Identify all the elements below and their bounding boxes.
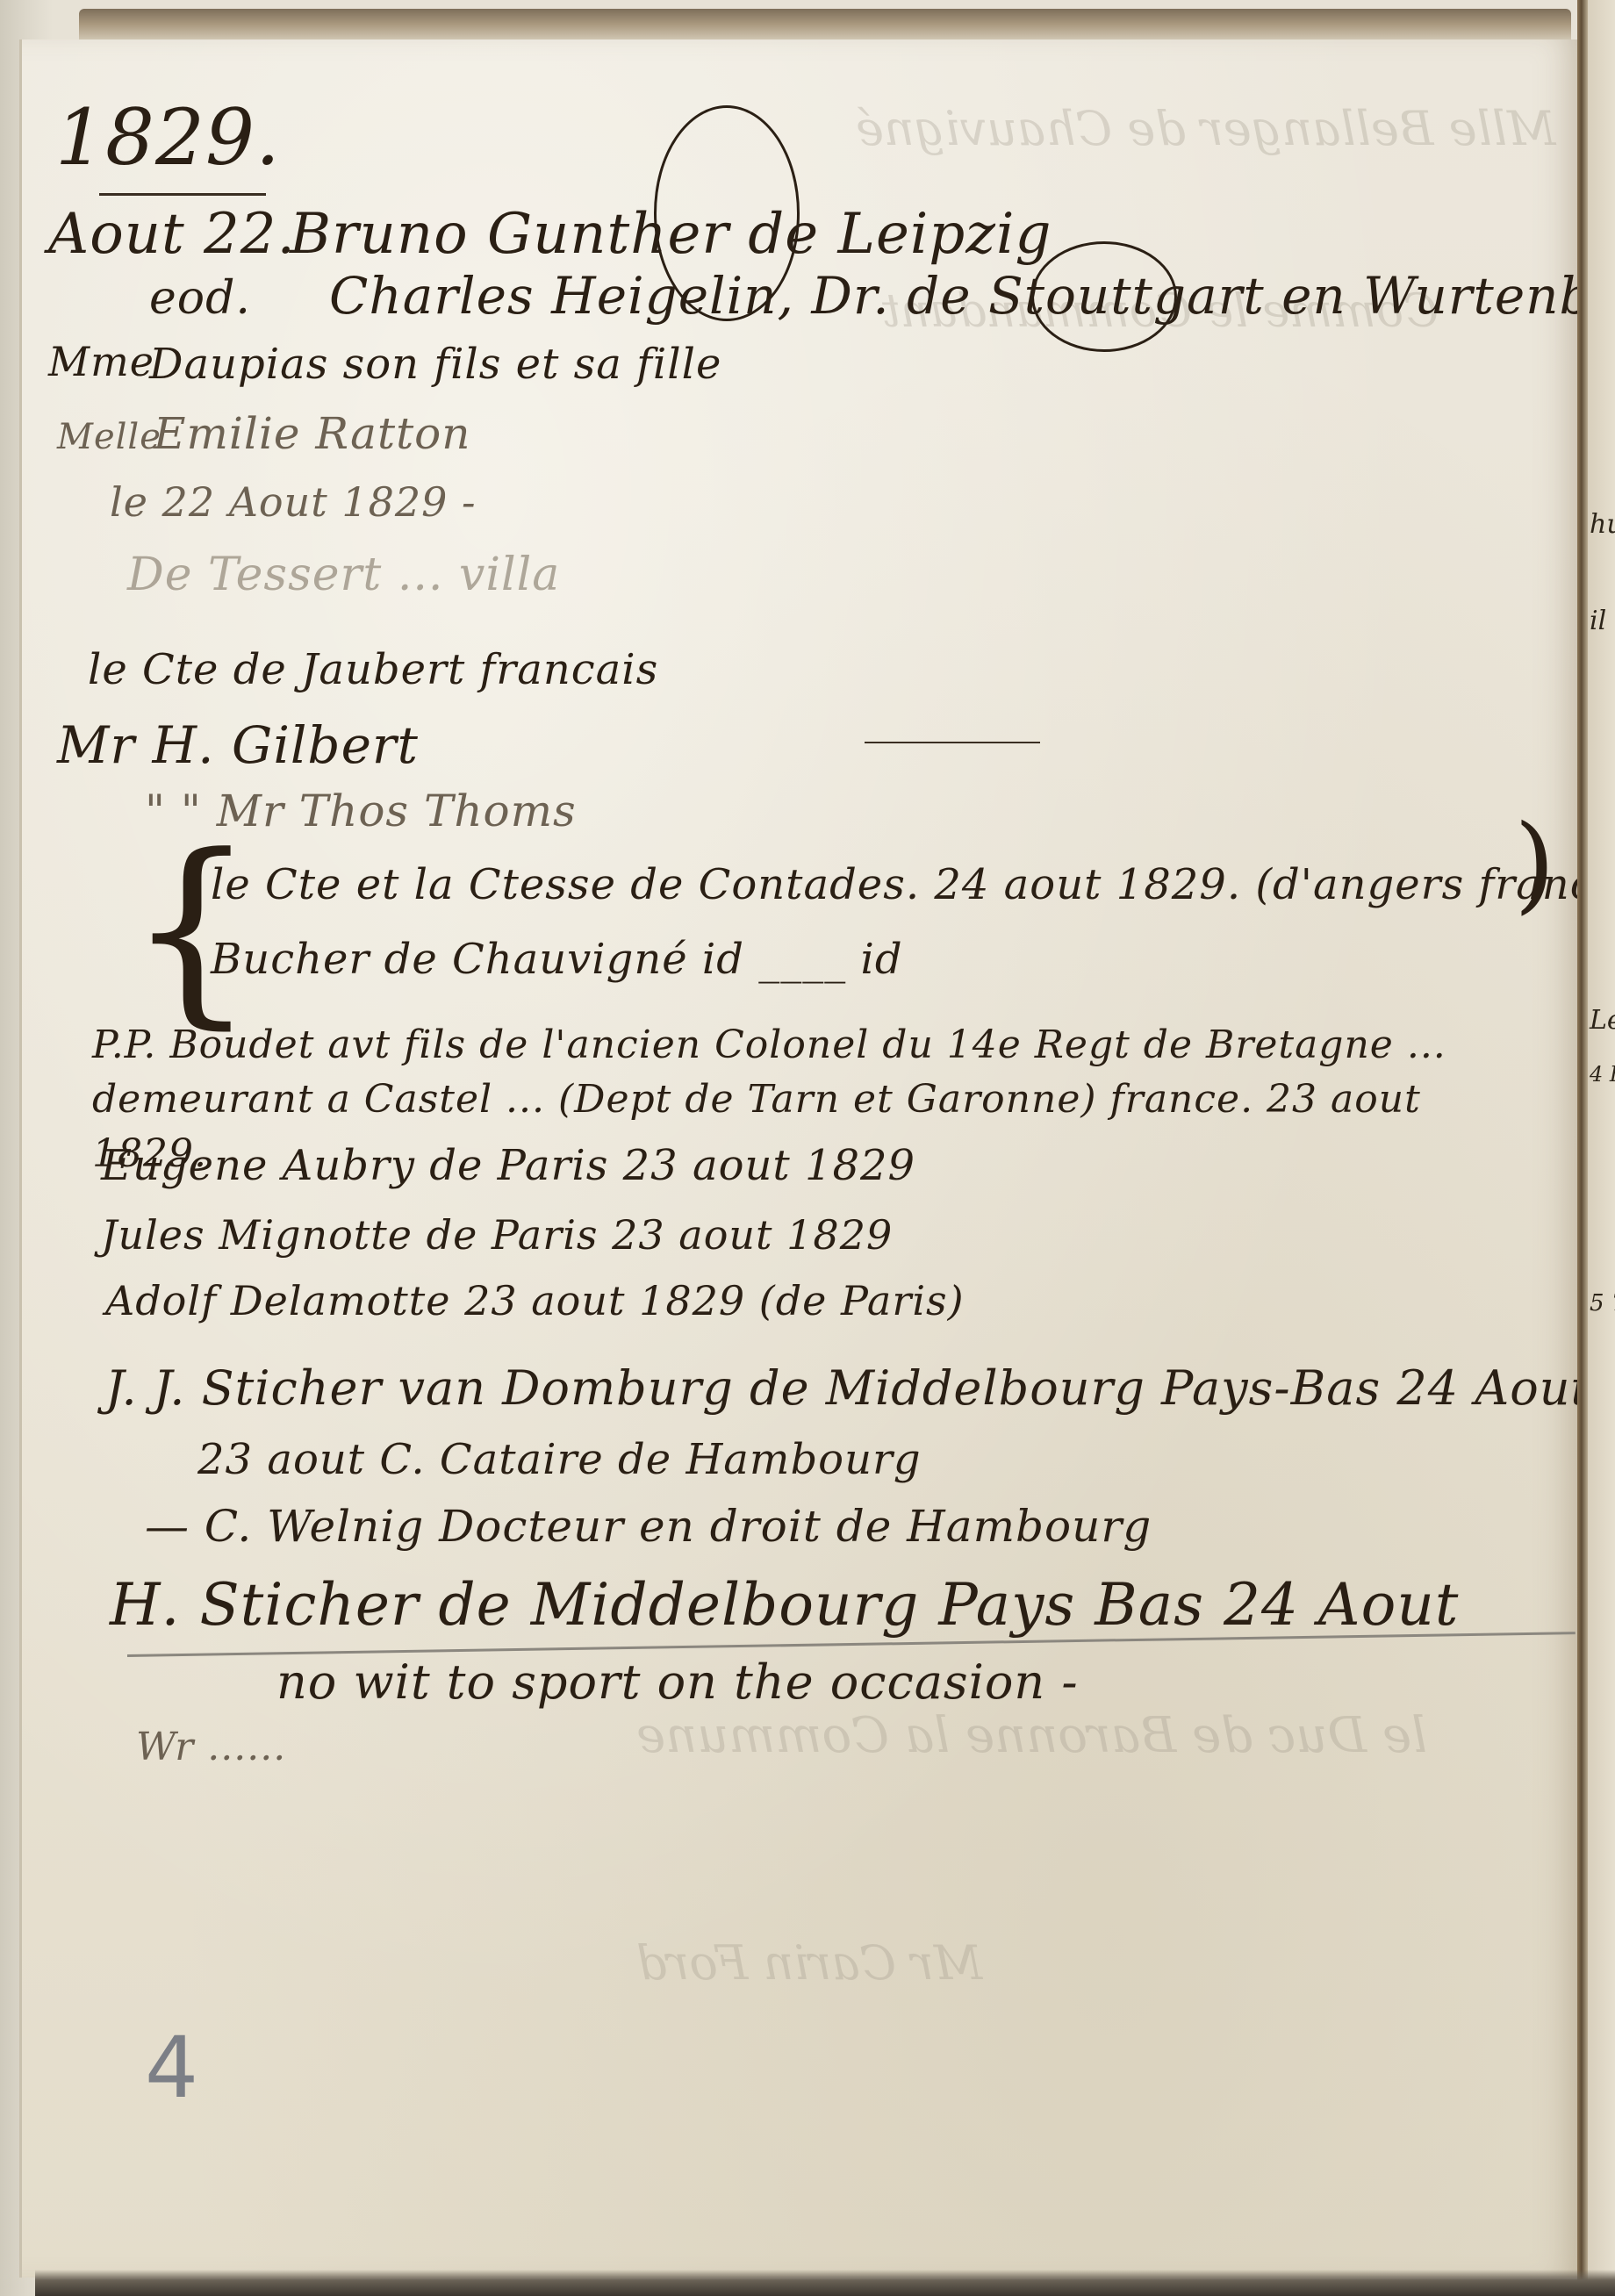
worn-bottom-edge	[35, 2270, 1615, 2296]
entry-name: De Tessert ... villa	[127, 549, 560, 601]
entry-date: Aout 22.	[48, 202, 296, 267]
entry-name: Bucher de Chauvigné id ____ id	[211, 935, 903, 984]
entry-date: eod.	[149, 272, 251, 325]
adjacent-fragment: Le	[1590, 1005, 1615, 1036]
entry-name: Eugene Aubry de Paris 23 aout 1829	[101, 1141, 915, 1190]
adjacent-fragment: il	[1590, 606, 1606, 636]
adjacent-fragment: 5 7	[1590, 1290, 1615, 1317]
entry-rule	[865, 742, 1040, 743]
entry-name: Mr H. Gilbert	[57, 715, 419, 775]
bleed-through-text: Mr Carin Ford	[636, 1935, 982, 1991]
adjacent-page-edge: hu il Le 4 F 5 7	[1588, 0, 1615, 2296]
entry-name: — C. Welnig Docteur en droit de Hambourg	[145, 1501, 1152, 1552]
manuscript-page: Mlle Bellanger de Chauvigné Comme le Com…	[19, 39, 1580, 2278]
entry-name: Daupias son fils et sa fille	[149, 340, 721, 389]
book-gutter	[1577, 0, 1588, 2296]
entry-name: Emilie Ratton	[154, 408, 470, 459]
entry-note: no wit to sport on the occasion -	[276, 1654, 1079, 1710]
entry-name: 23 aout C. Cataire de Hambourg	[197, 1435, 922, 1484]
entry-date-line: le 22 Aout 1829 -	[110, 478, 477, 526]
adjacent-fragment: hu	[1590, 509, 1615, 540]
entry-name: J. J. Sticher van Domburg de Middelbourg…	[105, 1360, 1615, 1416]
entry-name: le Cte de Jaubert francais	[88, 645, 658, 694]
entry-name: H. Sticher de Middelbourg Pays Bas 24 Ao…	[110, 1571, 1459, 1639]
entry-name: Adolf Delamotte 23 aout 1829 (de Paris)	[105, 1277, 965, 1324]
bleed-through-text: le Duc de Baronne la Commune	[636, 1707, 1427, 1764]
entry-prefix: Mme	[48, 338, 154, 385]
bleed-through-text: Mlle Bellanger de Chauvigné	[856, 101, 1555, 156]
page-number: 4	[145, 2019, 199, 2117]
right-paren: )	[1514, 812, 1555, 917]
entry-name: Jules Mignotte de Paris 23 aout 1829	[101, 1211, 893, 1259]
entry-name: Bruno Gunther de Leipzig	[290, 202, 1052, 267]
entry-name: le Cte et la Ctesse de Contades. 24 aout…	[211, 860, 1615, 909]
year-underline	[99, 193, 266, 196]
crossed-out-scrawl: Wr ......	[136, 1725, 286, 1769]
entry-name: Charles Heigelin, Dr. de Stouttgart en W…	[329, 266, 1615, 326]
entry-prefix: Melle	[57, 417, 161, 457]
adjacent-fragment: 4 F	[1590, 1062, 1615, 1087]
worn-top-edge	[79, 9, 1571, 44]
year-heading: 1829.	[55, 92, 281, 183]
